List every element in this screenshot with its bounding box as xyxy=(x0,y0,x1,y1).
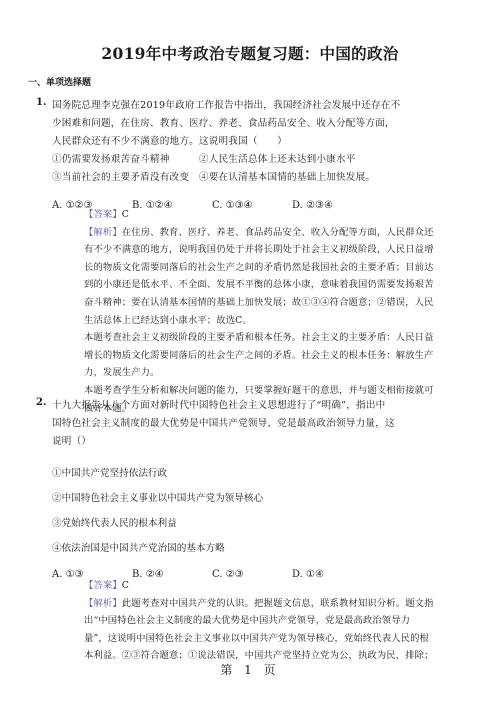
question-1: 1. 国务院总理李克强在2019年政府工作报告中指出，我国经济社会发展中还存在不… xyxy=(52,97,452,215)
analysis-text: 长的物质文化需要同落后的社会生产之间的矛盾仍然是我国社会的主要矛盾；目前达 xyxy=(84,259,464,277)
analysis-line: 【解析】此题考查对中国共产党的认识。把握题文信息，联系教材知识分析。题文指 xyxy=(84,595,464,613)
analysis-text: 此题考查对中国共产党的认识。把握题文信息，联系教材知识分析。题文指 xyxy=(122,598,434,609)
analysis-text: 奋斗精神；要在认清基本国情的基础上加快发展；故①③④符合题意；②错误，人民 xyxy=(84,294,464,312)
document-title: 2019年中考政治专题复习题：中国的政治 xyxy=(0,42,500,64)
stem-line: 十九大报告从八个方面对新时代中国特色社会主义思想进行了“明确”，指出中 xyxy=(52,397,452,415)
answer-tag: 【答案】 xyxy=(84,209,122,220)
analysis-text: 在住房、教育、医疗、养老、食品药品安全、收入分配等方面，人民群众还 xyxy=(122,227,434,238)
answer-analysis-1: 【答案】C 【解析】在住房、教育、医疗、养老、食品药品安全、收入分配等方面，人民… xyxy=(84,206,464,417)
answer-tag: 【答案】 xyxy=(84,580,122,591)
answer-line: 【答案】C xyxy=(84,577,464,595)
analysis-line: 【解析】在住房、教育、医疗、养老、食品药品安全、收入分配等方面，人民群众还 xyxy=(84,224,464,242)
section-heading: 一、单项选择题 xyxy=(28,75,91,88)
stem-line: 少困难和问题，在住房、教育、医疗、养老、食品药品安全、收入分配等方面， xyxy=(52,115,452,133)
answer-value: C xyxy=(122,580,129,591)
analysis-tag: 【解析】 xyxy=(84,598,122,609)
analysis-text: 有不少不满意的地方，说明我国仍处于并将长期处于社会主义初级阶段，人民日益增 xyxy=(84,241,464,259)
question-number: 2. xyxy=(36,397,46,408)
statement-line: ③党始终代表人民的根本利益 xyxy=(52,515,452,533)
statement-line: ④依法治国是中国共产党治国的基本方略 xyxy=(52,540,452,558)
page-number: 第 1 页 xyxy=(0,661,500,678)
analysis-text: 力，发展生产力。 xyxy=(84,364,464,382)
analysis-tag: 【解析】 xyxy=(84,227,122,238)
question-stem: 国务院总理李克强在2019年政府工作报告中指出，我国经济社会发展中还存在不 少困… xyxy=(52,97,452,187)
analysis-text: 生活总体上已经达到小康水平；故选C。 xyxy=(84,312,464,330)
analysis-text: 量”，这说明中国特色社会主义事业以中国共产党为领导核心，党始终代表人民的根 xyxy=(84,630,464,648)
answer-analysis-2: 【答案】C 【解析】此题考查对中国共产党的认识。把握题文信息，联系教材知识分析。… xyxy=(84,577,464,665)
answer-value: C xyxy=(122,209,129,220)
statement-line: ①中国共产党坚持依法行政 xyxy=(52,465,452,483)
question-2: 2. 十九大报告从八个方面对新时代中国特色社会主义思想进行了“明确”，指出中 国… xyxy=(52,397,452,584)
analysis-text: 增长的物质文化需要同落后的社会生产之间的矛盾。社会主义的根本任务：解放生产 xyxy=(84,347,464,365)
answer-line: 【答案】C xyxy=(84,206,464,224)
stem-line: 国务院总理李克强在2019年政府工作报告中指出，我国经济社会发展中还存在不 xyxy=(52,97,452,115)
stem-line: 人民群众还有不少不满意的地方。这说明我国（ ） xyxy=(52,133,452,151)
analysis-text: 本题考查社会主义初级阶段的主要矛盾和根本任务。社会主义的主要矛盾：人民日益 xyxy=(84,329,464,347)
statement-line: ②中国特色社会主义事业以中国共产党为领导核心 xyxy=(52,490,452,508)
analysis-text: 出“中国特色社会主义制度的最大优势是中国共产党领导，党是最高政治领导力 xyxy=(84,612,464,630)
statement-line: ③当前社会的主要矛盾没有改变 ④要在认清基本国情的基础上加快发展。 xyxy=(52,169,452,187)
question-stem: 十九大报告从八个方面对新时代中国特色社会主义思想进行了“明确”，指出中 国特色社… xyxy=(52,397,452,451)
analysis-text: 到的小康还是低水平、不全面、发展不平衡的总体小康，意味着我国仍需要发扬艰苦 xyxy=(84,276,464,294)
question-number: 1. xyxy=(36,97,46,108)
stem-line: 国特色社会主义制度的最大优势是中国共产党领导，党是最高政治领导力量，这 xyxy=(52,415,452,433)
stem-line: 说明（） xyxy=(52,433,452,451)
statement-line: ①仍需要发扬艰苦奋斗精神 ②人民生活总体上还未达到小康水平 xyxy=(52,151,452,169)
